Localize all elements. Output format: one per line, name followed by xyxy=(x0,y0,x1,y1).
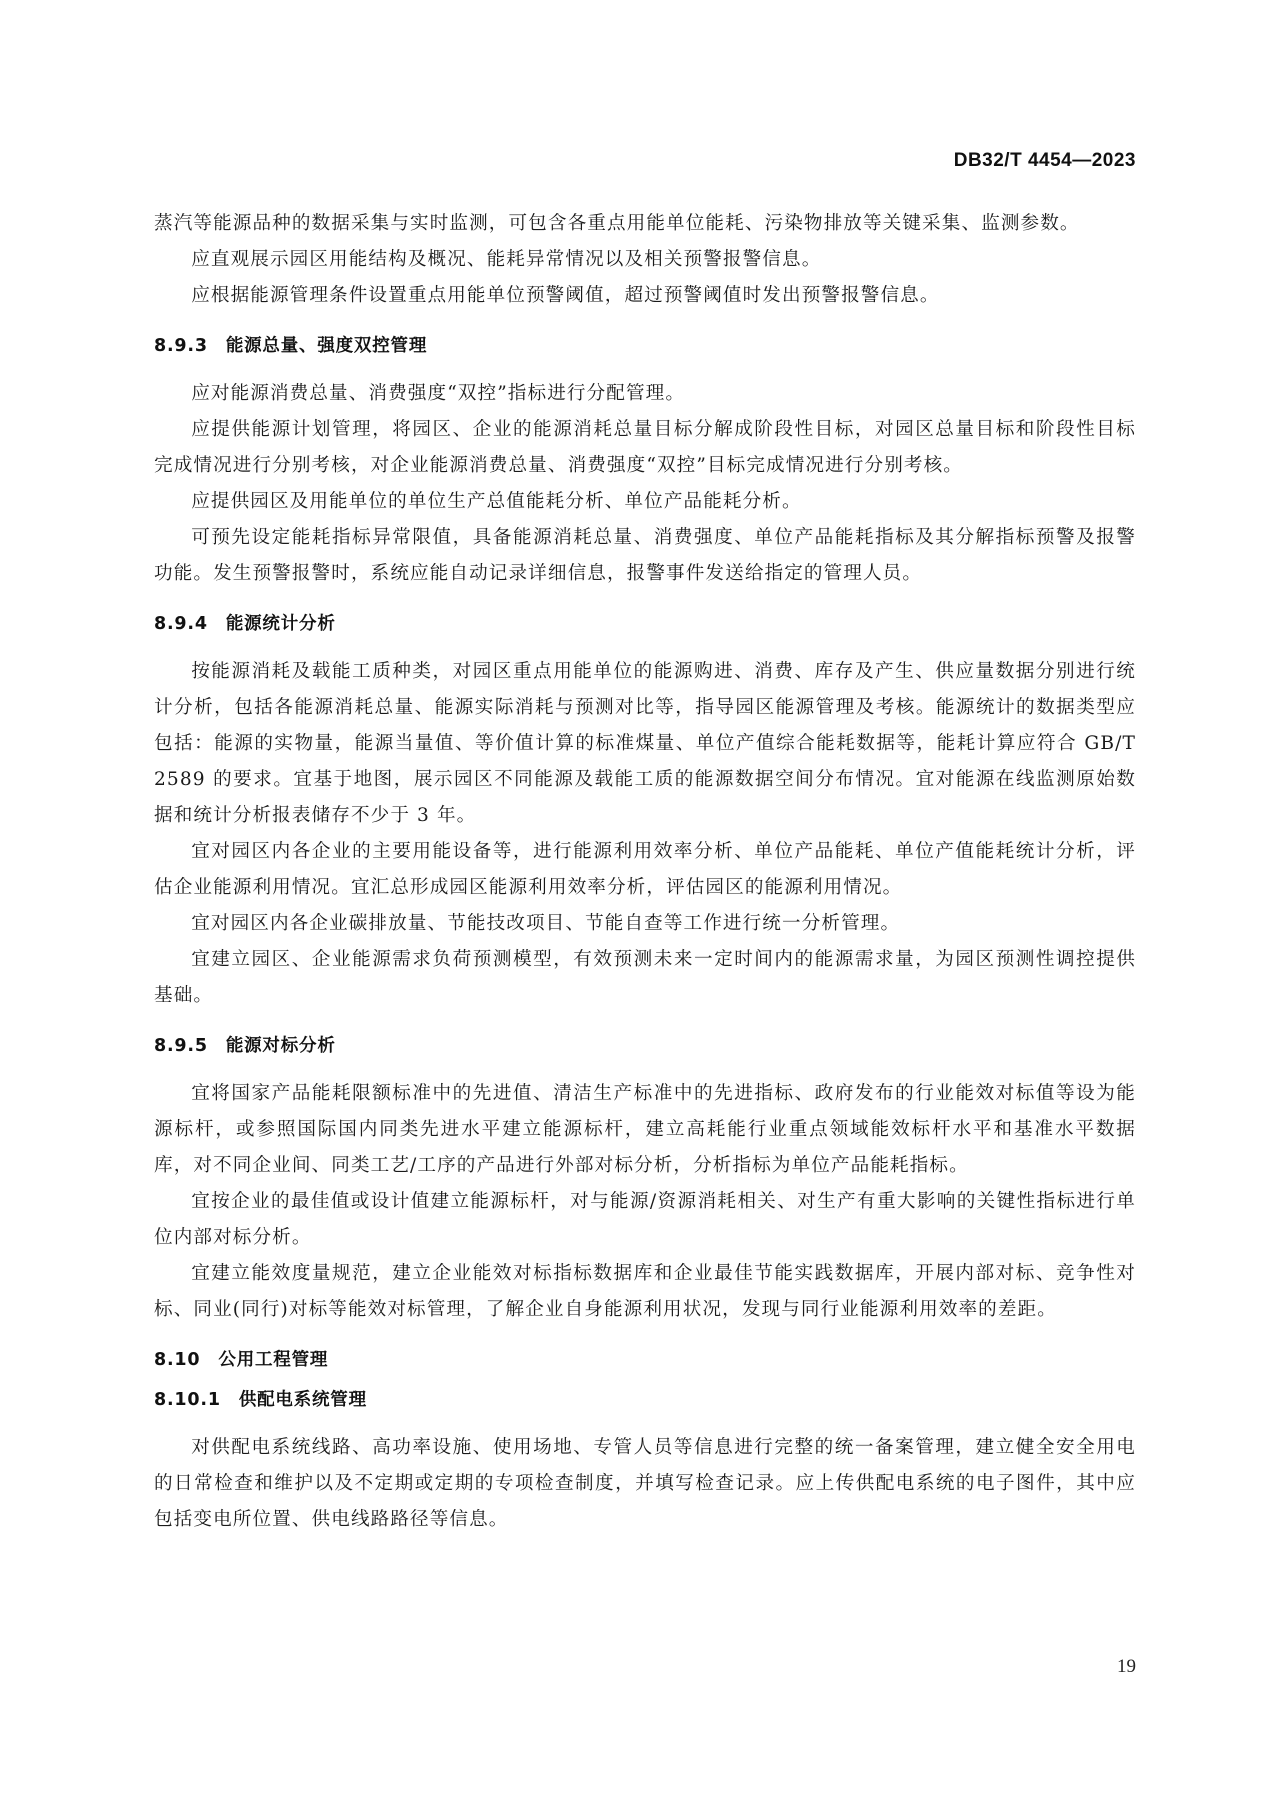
page-content: 蒸汽等能源品种的数据采集与实时监测，可包含各重点用能单位能耗、污染物排放等关键采… xyxy=(154,206,1136,1538)
intro-paragraph: 应根据能源管理条件设置重点用能单位预警阈值，超过预警阈值时发出预警报警信息。 xyxy=(154,278,1136,314)
section-heading-8-10-1: 8.10.1供配电系统管理 xyxy=(154,1386,1136,1414)
section-title: 公用工程管理 xyxy=(218,1350,328,1370)
section-paragraph: 应对能源消费总量、消费强度“双控”指标进行分配管理。 xyxy=(154,376,1136,412)
section-paragraph: 应提供园区及用能单位的单位生产总值能耗分析、单位产品能耗分析。 xyxy=(154,484,1136,520)
section-paragraph: 对供配电系统线路、高功率设施、使用场地、专管人员等信息进行完整的统一备案管理，建… xyxy=(154,1430,1136,1538)
intro-paragraph-continued: 蒸汽等能源品种的数据采集与实时监测，可包含各重点用能单位能耗、污染物排放等关键采… xyxy=(154,206,1136,242)
section-title: 能源总量、强度双控管理 xyxy=(226,336,427,356)
section-paragraph: 按能源消耗及载能工质种类，对园区重点用能单位的能源购进、消费、库存及产生、供应量… xyxy=(154,654,1136,834)
section-paragraph: 宜按企业的最佳值或设计值建立能源标杆，对与能源/资源消耗相关、对生产有重大影响的… xyxy=(154,1184,1136,1256)
section-number: 8.10.1 xyxy=(154,1386,221,1414)
section-heading-8-9-4: 8.9.4能源统计分析 xyxy=(154,610,1136,638)
section-heading-8-9-3: 8.9.3能源总量、强度双控管理 xyxy=(154,332,1136,360)
section-number: 8.9.5 xyxy=(154,1032,208,1060)
section-heading-8-10: 8.10公用工程管理 xyxy=(154,1346,1136,1374)
section-number: 8.9.4 xyxy=(154,610,208,638)
section-number: 8.10 xyxy=(154,1346,200,1374)
section-title: 供配电系统管理 xyxy=(239,1390,367,1410)
section-paragraph: 宜将国家产品能耗限额标准中的先进值、清洁生产标准中的先进指标、政府发布的行业能效… xyxy=(154,1076,1136,1184)
document-code: DB32/T 4454—2023 xyxy=(954,150,1136,172)
section-paragraph: 宜对园区内各企业的主要用能设备等，进行能源利用效率分析、单位产品能耗、单位产值能… xyxy=(154,834,1136,906)
section-paragraph: 可预先设定能耗指标异常限值，具备能源消耗总量、消费强度、单位产品能耗指标及其分解… xyxy=(154,520,1136,592)
section-title: 能源统计分析 xyxy=(226,614,336,634)
section-paragraph: 宜建立园区、企业能源需求负荷预测模型，有效预测未来一定时间内的能源需求量，为园区… xyxy=(154,942,1136,1014)
section-heading-8-9-5: 8.9.5能源对标分析 xyxy=(154,1032,1136,1060)
intro-paragraph: 应直观展示园区用能结构及概况、能耗异常情况以及相关预警报警信息。 xyxy=(154,242,1136,278)
section-title: 能源对标分析 xyxy=(226,1036,336,1056)
section-paragraph: 宜对园区内各企业碳排放量、节能技改项目、节能自查等工作进行统一分析管理。 xyxy=(154,906,1136,942)
section-paragraph: 宜建立能效度量规范，建立企业能效对标指标数据库和企业最佳节能实践数据库，开展内部… xyxy=(154,1256,1136,1328)
section-paragraph: 应提供能源计划管理，将园区、企业的能源消耗总量目标分解成阶段性目标，对园区总量目… xyxy=(154,412,1136,484)
section-number: 8.9.3 xyxy=(154,332,208,360)
page-number: 19 xyxy=(1117,1656,1136,1678)
